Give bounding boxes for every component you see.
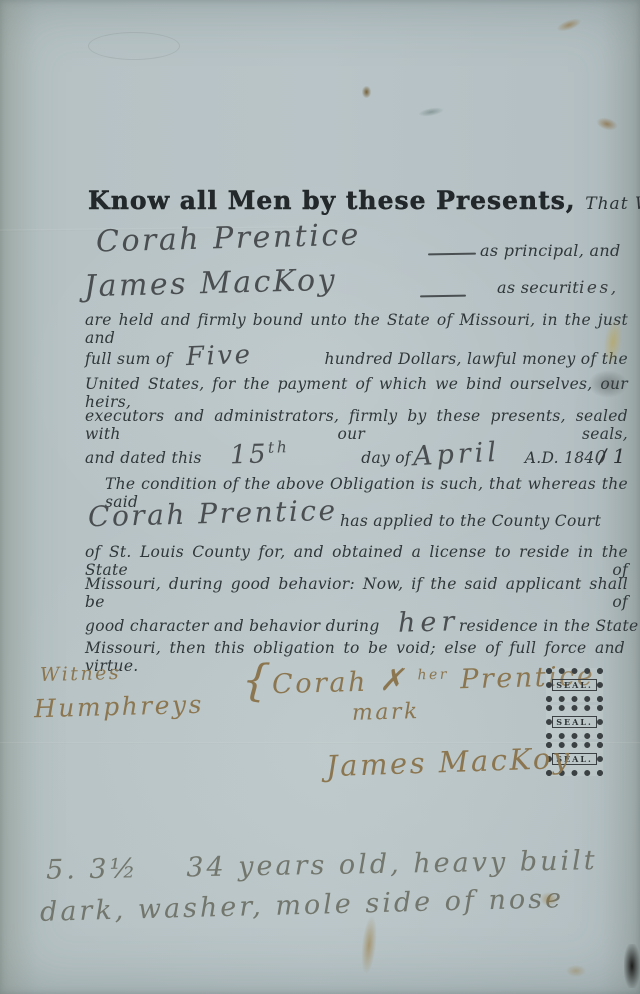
witness-word: Witnes	[40, 662, 122, 686]
signature-brace: {	[240, 654, 271, 707]
seal-stamp: SEAL.	[546, 705, 603, 739]
sum-amount-handwritten: Five	[185, 340, 252, 372]
body-line-2-pre: full sum of	[85, 350, 172, 368]
principal-label: as principal, and	[480, 241, 620, 260]
description-note-line-2: dark, washer, mole side of nose	[40, 883, 565, 928]
year-one-handwritten: 1	[613, 444, 628, 468]
age-build-note: 34 years old, heavy built	[186, 845, 598, 883]
security-label: as securities,	[497, 278, 619, 298]
year-strike-mark: ∕	[600, 444, 609, 468]
dated-mid: day of	[361, 449, 411, 467]
body-line-2: full sum of Five hundred Dollars, lawful…	[85, 341, 628, 371]
body-line-2-post: hundred Dollars, lawful money of the	[324, 350, 628, 368]
day-handwritten: 15th	[229, 439, 289, 471]
dated-pre: and dated this	[85, 449, 202, 467]
stain	[624, 944, 640, 988]
principal-name-handwritten: Corah Prentice	[96, 218, 362, 260]
day-suffix: th	[268, 439, 290, 458]
mark-word: mark	[352, 699, 420, 726]
title-blackletter-text: Know all Men by these Presents,	[88, 186, 576, 215]
year-printed: A.D. 184	[525, 449, 595, 467]
condition-line-5: good character and behavior during her r…	[85, 607, 628, 638]
stain	[555, 16, 583, 34]
seal-label: SEAL.	[552, 716, 597, 728]
principal-signature-first: Corah	[272, 667, 369, 700]
document-title: Know all Men by these Presents, That We:	[88, 186, 640, 215]
security-signature-handwritten: James MacKoy	[325, 741, 572, 784]
condition-line-4: Missouri, during good behavior: Now, if …	[85, 575, 628, 611]
her-word: her	[417, 667, 449, 684]
fill-in-dash	[428, 253, 476, 256]
seal-stamp: SEAL.	[546, 668, 603, 702]
scanned-bond-document: Know all Men by these Presents, That We:…	[0, 0, 640, 994]
title-that-we: That We:	[585, 194, 640, 214]
security-label-printed: as securit	[497, 278, 579, 297]
body-line-5: and dated this 15th day of April A.D. 18…	[85, 439, 628, 470]
applicant-name-handwritten: Corah Prentice	[88, 494, 338, 534]
month-handwritten: April	[412, 437, 500, 473]
stain	[362, 86, 371, 98]
body-line-3: United States, for the payment of which …	[85, 375, 628, 411]
pronoun-handwritten: her	[397, 606, 459, 639]
security-label-handwritten: ies,	[579, 278, 619, 298]
x-mark: ✗	[378, 663, 407, 699]
stain	[566, 965, 586, 977]
stain	[595, 115, 619, 132]
condition-line-5-post: residence in the State of	[459, 617, 640, 635]
security-name-handwritten: James MacKoy	[84, 263, 338, 305]
body-line-4: executors and administrators, firmly by …	[85, 407, 628, 443]
seal-label: SEAL.	[552, 679, 597, 691]
description-note-line-1: 5. 3½ 34 years old, heavy built	[46, 845, 598, 886]
height-note: 5. 3½	[46, 853, 139, 886]
witness-signature: Humphreys	[34, 690, 205, 723]
condition-line-3: of St. Louis County for, and obtained a …	[85, 543, 628, 579]
fill-in-dash	[420, 295, 466, 298]
condition-line-2: has applied to the County Court	[340, 512, 601, 530]
embossed-stamp	[88, 32, 180, 60]
stain	[359, 915, 379, 974]
stain	[418, 106, 445, 118]
condition-line-5-pre: good character and behavior during	[85, 617, 380, 635]
